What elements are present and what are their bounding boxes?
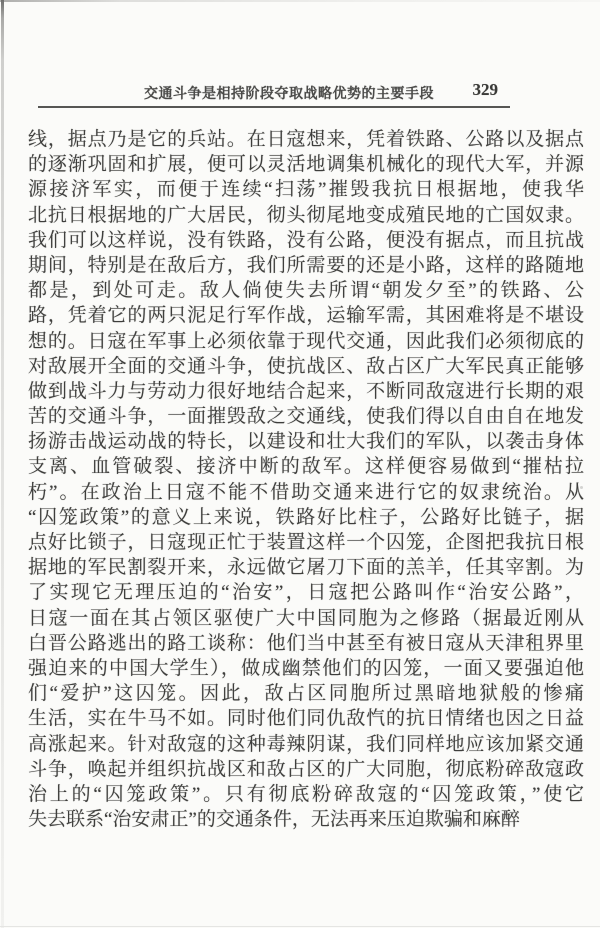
text-line: 日寇一面在其占领区驱使广大中国同胞为之修路（据最近刚从: [28, 606, 584, 631]
text-line: 线，据点乃是它的兵站。在日寇想来，凭着铁路、公路以及据点: [28, 127, 584, 152]
text-line: 支离、血管破裂、接济中断的敌军。这样便容易做到“摧枯拉: [28, 454, 584, 479]
scan-speck: [580, 486, 583, 489]
running-head-title: 交通斗争是相持阶段夺取战略优势的主要手段: [144, 83, 434, 103]
text-line: 据地的军民割裂开来，永远做它屠刀下面的羔羊，任其宰割。为: [28, 555, 584, 580]
text-line: 斗争，唤起并组织抗战区和敌占区的广大同胞，彻底粉碎敌寇政: [28, 757, 584, 782]
text-line: 朽”。在政治上日寇不能不借助交通来进行它的奴隶统治。从: [28, 480, 584, 505]
text-line: 我们可以这样说，没有铁路，没有公路，便没有据点，而且抗战: [28, 228, 584, 253]
scanned-book-page: 交通斗争是相持阶段夺取战略优势的主要手段 329 线，据点乃是它的兵站。在日寇想…: [0, 0, 600, 928]
page-number: 329: [473, 80, 499, 100]
text-line: 路，凭着它的两只泥足行军作战，运输军需，其困难将是不堪设: [28, 303, 584, 328]
text-line: 期间，特别是在敌后方，我们所需要的还是小路，这样的路随地: [28, 253, 584, 278]
page-top-edge: [0, 0, 600, 2]
text-line: 高涨起来。针对敌寇的这种毒辣阴谋，我们同样地应该加紧交通: [28, 732, 584, 757]
text-line: 苦的交通斗争，一面摧毁敌之交通线，使我们得以自由自在地发: [28, 404, 584, 429]
header-rule: [38, 106, 510, 108]
text-line: 做到战斗力与劳动力很好地结合起来，不断同敌寇进行长期的艰: [28, 379, 584, 404]
text-line: 点好比锁子，日寇现正忙于装置这样一个囚笼，企图把我抗日根: [28, 530, 584, 555]
page-left-edge: [1, 0, 4, 928]
text-line: 都是，到处可走。敌人倘使失去所谓“朝发夕至”的铁路、公: [28, 278, 584, 303]
text-line: 扬游击战运动战的特长，以建设和壮大我们的军队，以袭击身体: [28, 429, 584, 454]
text-line: 了实现它无理压迫的“治安”，日寇把公路叫作“治安公路”，: [28, 580, 584, 605]
page-header: 交通斗争是相持阶段夺取战略优势的主要手段 329: [38, 80, 510, 110]
body-text-block: 线，据点乃是它的兵站。在日寇想来，凭着铁路、公路以及据点的逐渐巩固和扩展，便可以…: [28, 127, 584, 832]
text-line: 强迫来的中国大学生），做成幽禁他们的囚笼，一面又要强迫他: [28, 656, 584, 681]
text-line: 的逐渐巩固和扩展，便可以灵活地调集机械化的现代大军，并源: [28, 152, 584, 177]
text-line: “囚笼政策”的意义上来说，铁路好比柱子，公路好比链子，据: [28, 505, 584, 530]
text-line: 们“爱护”这囚笼。因此，敌占区同胞所过黑暗地狱般的惨痛: [28, 681, 584, 706]
text-line: 生活，实在牛马不如。同时他们同仇敌忾的抗日情绪也因之日益: [28, 706, 584, 731]
text-line: 想的。日寇在军事上必须依靠于现代交通，因此我们必须彻底的: [28, 329, 584, 354]
scan-speck: [548, 160, 551, 162]
text-line: 北抗日根据地的广大居民，彻头彻尾地变成殖民地的亡国奴隶。: [28, 203, 584, 228]
page-bottom-edge: [0, 926, 600, 927]
text-line: 治上的“囚笼政策”。只有彻底粉碎敌寇的“囚笼政策，”使它: [28, 782, 584, 807]
text-line: 失去联系“治安肃正”的交通条件，无法再来压迫欺骗和麻醉: [28, 807, 584, 832]
text-line: 白晋公路逃出的路工谈称：他们当中甚至有被日寇从天津租界里: [28, 631, 584, 656]
text-line: 对敌展开全面的交通斗争，使抗战区、敌占区广大军民真正能够: [28, 354, 584, 379]
text-line: 源接济军实，而便于连续“扫荡”摧毁我抗日根据地，使我华: [28, 177, 584, 202]
